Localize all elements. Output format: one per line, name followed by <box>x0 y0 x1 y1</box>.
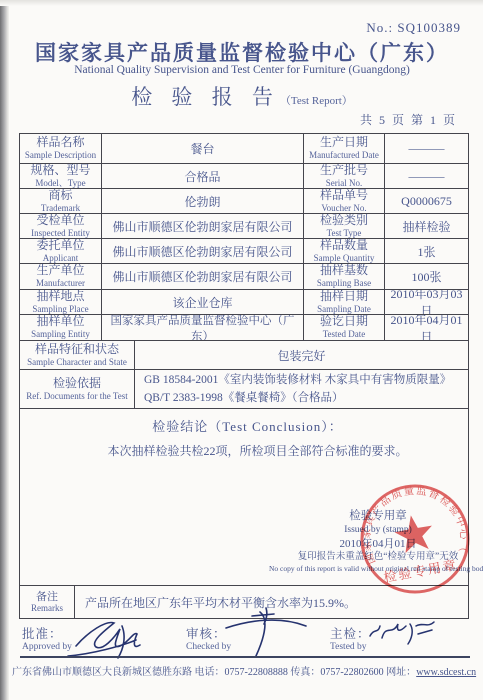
table-row-sampling-entity: 抽样单位 Sampling Entity 国家家具产品质量监督检验中心（广东） … <box>20 314 468 340</box>
checked-signature <box>222 606 332 662</box>
label-sampling-date: 抽样日期 Sampling Date <box>303 290 384 314</box>
conclusion-heading: 检验结论（Test Conclusion）： <box>27 416 468 435</box>
label-serial-no: 生产批号 Serial No. <box>303 164 384 188</box>
footer-website: www.sdcest.cn <box>416 667 476 678</box>
value-sample-state: 包装完好 <box>134 341 468 369</box>
footer-address: 广东省佛山市顺德区大良新城区德胜东路 <box>12 667 192 678</box>
value-ref-documents: GB 18584-2001《室内装饰装修材料 木家具中有害物质限量》 QB/T … <box>134 370 468 408</box>
tested-by-label: 主检： Tested by <box>330 624 371 652</box>
label-remarks: 备注 Remarks <box>20 586 74 618</box>
table-row-sample-state: 样品特征和状态 Sample Character and State 包装完好 <box>20 340 468 369</box>
table-row-applicant: 委托单位 Applicant 佛山市顺德区伦勃朗家居有限公司 样品数量 Samp… <box>20 238 468 263</box>
value-manufacturer: 佛山市顺德区伦勃朗家居有限公司 <box>101 264 303 289</box>
label-test-type: 检验类别 Test Type <box>303 214 384 238</box>
label-tested-date: 验讫日期 Tested Date <box>303 315 384 340</box>
report-title: 检 验 报 告（Test Report） <box>9 81 475 111</box>
value-serial-no: ——— <box>384 164 468 188</box>
label-sampling-place: 抽样地点 Sampling Place <box>20 290 101 314</box>
tested-signature <box>366 618 456 654</box>
label-sampling-entity: 抽样单位 Sampling Entity <box>20 315 101 340</box>
footer-fax: 传真：0757-22802600 <box>290 667 383 678</box>
label-manufacturer: 生产单位 Manufacturer <box>20 264 101 289</box>
table-row-ref-documents: 检验依据 Ref. Documents for the Test GB 1858… <box>20 369 468 408</box>
table-row-sample-name: 样品名称 Sample Description 餐台 生产日期 Manufact… <box>20 134 468 163</box>
footer-web-label: 网址： <box>386 667 416 678</box>
report-title-zh: 检 验 报 告 <box>131 85 280 109</box>
label-sampling-base: 抽样基数 Sampling Base <box>303 264 384 289</box>
value-sampling-place: 该企业仓库 <box>101 290 303 314</box>
value-sample-quantity: 1张 <box>384 239 468 263</box>
center-title-zh: 国家家具产品质量监督检验中心（广东） <box>9 37 475 67</box>
label-applicant: 委托单位 Applicant <box>20 239 101 263</box>
red-seal-stamp: 国家家具产品质量监督检验中心（广东） 检验专用章 <box>349 483 481 601</box>
value-applicant: 佛山市顺德区伦勃朗家居有限公司 <box>101 239 303 263</box>
value-test-type: 抽样检验 <box>384 214 468 238</box>
value-sampling-date: 2010年03月03日 <box>384 290 468 314</box>
value-voucher-no: Q0000675 <box>384 189 468 213</box>
footer-phone: 电话：0757-22808888 <box>195 667 288 678</box>
ref-standard-2: QB/T 2383-1998《餐桌餐椅》（合格品） <box>144 389 343 407</box>
page-count: 共 5 页 第 1 页 <box>360 111 457 128</box>
report-sheet: No.: SQ100389 国家家具产品质量监督检验中心（广东） Nationa… <box>0 0 483 700</box>
value-model-type: 合格品 <box>101 164 303 188</box>
footer-address-line: 广东省佛山市顺德区大良新城区德胜东路 电话：0757-22808888 传真：0… <box>12 663 474 678</box>
label-trademark: 商标 Trademark <box>20 189 101 213</box>
report-number: No.: SQ100389 <box>366 20 461 36</box>
ref-standard-1: GB 18584-2001《室内装饰装修材料 木家具中有害物质限量》 <box>144 371 451 389</box>
table-row-manufacturer: 生产单位 Manufacturer 佛山市顺德区伦勃朗家居有限公司 抽样基数 S… <box>20 263 468 289</box>
value-inspected-entity: 佛山市顺德区伦勃朗家居有限公司 <box>101 214 303 238</box>
report-title-en: （Test Report） <box>280 95 353 107</box>
label-sample-state: 样品特征和状态 Sample Character and State <box>20 341 134 369</box>
label-inspected-entity: 受检单位 Inspected Entity <box>20 214 101 238</box>
label-manufactured-date: 生产日期 Manufactured Date <box>303 134 384 163</box>
table-row-trademark: 商标 Trademark 伦勃朗 样品单号 Voucher No. Q00006… <box>20 188 468 213</box>
label-ref-documents: 检验依据 Ref. Documents for the Test <box>20 370 134 408</box>
value-sampling-entity: 国家家具产品质量监督检验中心（广东） <box>101 315 303 340</box>
center-title-en: National Quality Supervision and Test Ce… <box>9 64 475 76</box>
value-tested-date: 2010年04月01日 <box>384 315 468 340</box>
table-row-model-type: 规格、型号 Model、Type 合格品 生产批号 Serial No. ——— <box>20 163 468 188</box>
value-trademark: 伦勃朗 <box>101 189 303 213</box>
label-sample-description: 样品名称 Sample Description <box>20 134 101 163</box>
footer-divider <box>20 656 470 658</box>
seal-star-icon <box>392 512 436 554</box>
table-row-inspected-entity: 受检单位 Inspected Entity 佛山市顺德区伦勃朗家居有限公司 检验… <box>20 213 468 238</box>
value-sampling-base: 100张 <box>384 264 468 289</box>
value-manufactured-date: ——— <box>384 134 468 163</box>
conclusion-body: 本次抽样检验共检22项，所检项目全部符合标准的要求。 <box>47 442 468 459</box>
value-sample-description: 餐台 <box>101 134 303 163</box>
table-row-sampling-place: 抽样地点 Sampling Place 该企业仓库 抽样日期 Sampling … <box>20 289 468 314</box>
label-sample-quantity: 样品数量 Sample Quantity <box>303 239 384 263</box>
label-voucher-no: 样品单号 Voucher No. <box>303 189 384 213</box>
label-model-type: 规格、型号 Model、Type <box>20 164 101 188</box>
